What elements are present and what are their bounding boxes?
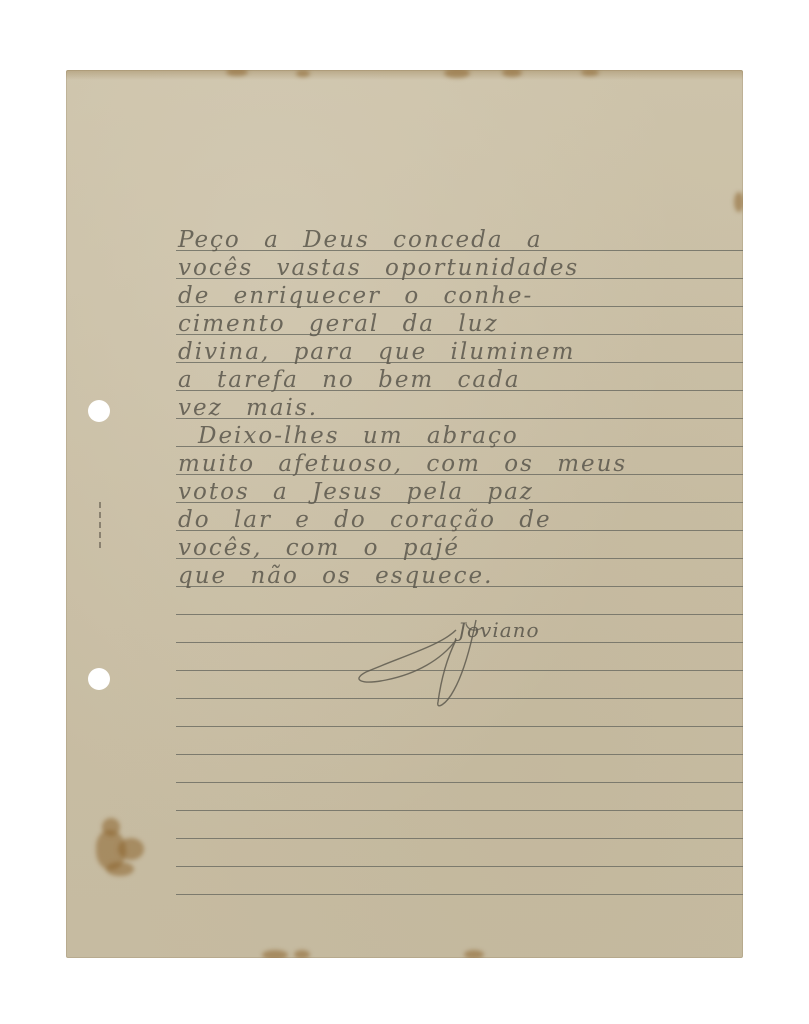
punch-hole-top	[88, 400, 110, 422]
letter-line: do lar e do coração de	[178, 506, 738, 534]
letter-line: vez mais.	[178, 394, 738, 422]
lined-paper-sheet: Peço a Deus conceda a vocês vastas oport…	[66, 70, 743, 958]
letter-line: Deixo-lhes um abraço	[198, 422, 743, 450]
letter-line: que não os esquece.	[178, 562, 738, 590]
letter-line: a tarefa no bem cada	[178, 366, 738, 394]
aged-top-edge	[66, 70, 743, 80]
signature: Joviano	[346, 610, 606, 710]
stain-bottom-left-lobe	[118, 838, 144, 860]
stain-bottom-2	[294, 950, 310, 958]
letter-line: votos a Jesus pela paz	[178, 478, 738, 506]
ruled-line	[176, 782, 743, 783]
stain-bottom-3	[464, 950, 484, 958]
signature-name: Joviano	[458, 618, 540, 642]
ruled-line	[176, 838, 743, 839]
ruled-line	[176, 810, 743, 811]
stain-bottom-left-lobe-2	[102, 818, 120, 836]
ruled-line	[176, 726, 743, 727]
letter-line: cimento geral da luz	[178, 310, 738, 338]
stain-bottom-1	[262, 950, 288, 958]
margin-marks	[99, 498, 103, 568]
stain-right-edge	[734, 192, 743, 212]
letter-line: vocês vastas oportunidades	[178, 254, 738, 282]
stain-bottom-left-drip	[106, 862, 134, 876]
letter-line: vocês, com o pajé	[178, 534, 738, 562]
ruled-line	[176, 894, 743, 895]
punch-hole-bottom	[88, 668, 110, 690]
stain-top-2	[296, 70, 310, 77]
letter-line: divina, para que iluminem	[178, 338, 738, 366]
letter-line: de enriquecer o conhe-	[178, 282, 738, 310]
ruled-line	[176, 866, 743, 867]
scanned-letter: Peço a Deus conceda a vocês vastas oport…	[0, 0, 809, 1024]
letter-line: Peço a Deus conceda a	[178, 226, 738, 254]
letter-line: muito afetuoso, com os meus	[178, 450, 738, 478]
ruled-line	[176, 754, 743, 755]
